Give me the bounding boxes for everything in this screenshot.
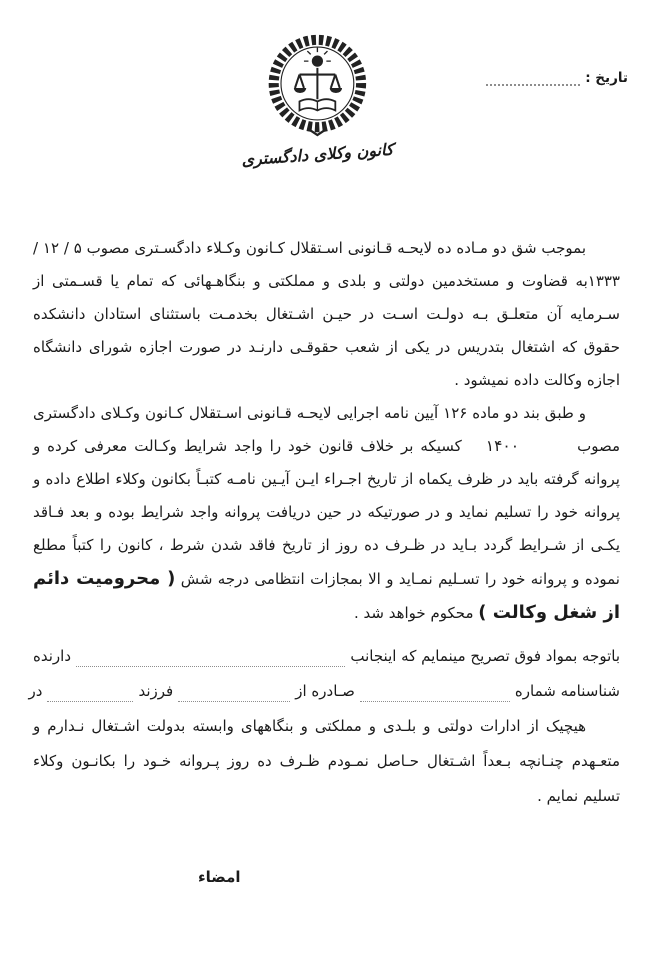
paragraph-article-ten: بموجب شق دو مـاده ده لایحـه قـانونی اسـت… xyxy=(33,232,620,397)
signature-label: امضاء xyxy=(198,868,241,886)
name-blank-field xyxy=(76,648,345,667)
date-label: تاریخ : xyxy=(585,70,628,86)
declaration-intro-text: باتوجه بمواد فوق تصریح مینمایم که اینجان… xyxy=(350,639,620,674)
in-word: در xyxy=(29,674,43,709)
holder-of-text: دارنده xyxy=(33,639,71,674)
paragraph-article-126: و طبق بند دو ماده ۱۲۶ آیین نامه اجرایی ل… xyxy=(33,397,620,630)
child-of-label: فرزند xyxy=(138,674,173,709)
declaration-continuation: هیچیک از ادارات دولتی و بلـدی و مملکتی و… xyxy=(33,709,620,814)
declaration-section: باتوجه بمواد فوق تصریح مینمایم که اینجان… xyxy=(33,639,620,814)
id-number-blank-field xyxy=(360,683,510,702)
issued-from-label: صـادره از xyxy=(295,674,355,709)
letterhead: کانون وکلای دادگستری xyxy=(222,32,412,164)
declaration-line-1: باتوجه بمواد فوق تصریح مینمایم که اینجان… xyxy=(33,639,620,674)
father-name-blank-field xyxy=(47,683,133,702)
date-block: تاریخ : xyxy=(486,70,628,86)
id-number-label: شناسنامه شماره xyxy=(515,674,620,709)
declaration-line-2: شناسنامه شماره صـادره از فرزند در xyxy=(33,674,620,709)
issued-from-blank-field xyxy=(178,683,290,702)
date-blank-dotted-line xyxy=(486,71,580,86)
scales-of-justice-emblem-icon xyxy=(261,32,373,144)
legal-text-body: بموجب شق دو مـاده ده لایحـه قـانونی اسـت… xyxy=(33,232,620,814)
scanned-legal-document-page: تاریخ : xyxy=(0,0,650,960)
approval-year-value: ۱۴۰۰ xyxy=(486,430,553,463)
paragraph2-end: محکوم خواهد شد . xyxy=(354,604,474,622)
